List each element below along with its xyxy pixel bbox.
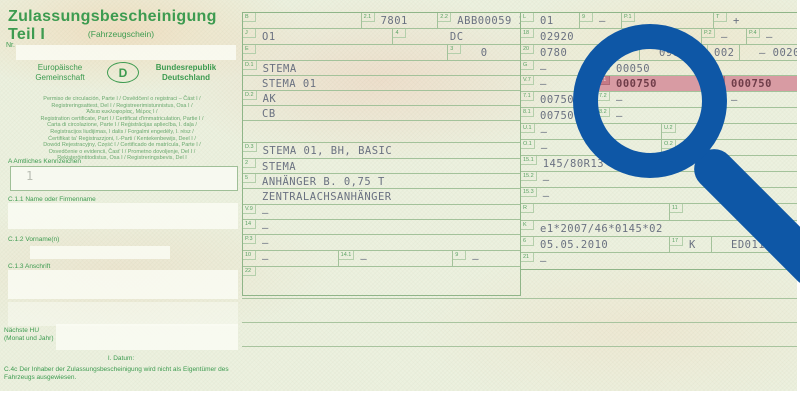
field-row: 14– xyxy=(243,220,520,235)
field-cell-P.2: P.2– xyxy=(701,29,746,44)
field-row: 2STEMA xyxy=(243,159,520,174)
field-value: – xyxy=(715,29,728,43)
c4c-text: Der Inhaber der Zulassungsbescheinigung … xyxy=(4,366,229,381)
field-value: 7801 xyxy=(375,13,408,27)
field-code: 15.2 xyxy=(521,172,537,181)
field-row: E30 xyxy=(243,45,520,61)
field-code: P.1 xyxy=(622,13,635,22)
field-cell-D.1: D.1STEMA xyxy=(243,61,520,75)
field-code: 14.1 xyxy=(339,251,355,260)
field-value: 02920 xyxy=(534,29,574,43)
field-code: 15.1 xyxy=(521,156,537,165)
field-value: – xyxy=(354,251,367,265)
field-code: 17 xyxy=(670,237,683,246)
field-code: E xyxy=(243,45,256,54)
next-hu-label: Nächste HU xyxy=(4,327,39,334)
c12-label: C.1.2 Vorname(n) xyxy=(8,236,59,243)
field-code xyxy=(243,106,256,115)
field-cell-J: JO1 xyxy=(243,29,392,44)
field-row: D.2AK xyxy=(243,91,520,106)
ml-line: Registracijos liudijimas, I dalis / Forg… xyxy=(4,129,240,136)
field-cell-22: 22 xyxy=(243,267,520,295)
field-code: T xyxy=(714,13,727,22)
field-code: K xyxy=(521,221,534,230)
field-code: 6 xyxy=(521,237,534,246)
field-row: P.3– xyxy=(243,235,520,251)
field-row: B2.178012.2ABB00059 2 xyxy=(243,13,520,29)
field-code: 7.1 xyxy=(521,92,534,101)
field-row: STEMA 01 xyxy=(243,76,520,91)
ml-line: Dowód Rejestracyjny, Część I / Certifica… xyxy=(4,142,240,149)
field-cell-B: B xyxy=(243,13,361,28)
nr-blank-field xyxy=(16,45,236,60)
ml-line: Άδεια κυκλοφορίας, Μέρος I / xyxy=(4,109,240,116)
field-value: 0 xyxy=(448,45,520,59)
field-value: – xyxy=(256,205,269,219)
field-value: O1 xyxy=(256,29,276,43)
field-code xyxy=(243,121,256,130)
eu-community-label: Europäische Gemeinschaft xyxy=(21,63,99,82)
field-row: 5ANHÄNGER B. 0,75 T xyxy=(243,174,520,189)
field-code: 8.1 xyxy=(521,108,534,117)
c11-label: C.1.1 Name oder Firmenname xyxy=(8,196,96,203)
field-value: 000750 xyxy=(725,76,772,90)
c13-blank-field-2 xyxy=(8,302,238,326)
field-cell-D.2: D.2AK xyxy=(243,91,520,105)
magnifier-ring-icon xyxy=(573,24,727,178)
c13-blank-field-1 xyxy=(8,270,238,299)
field-code: 2.1 xyxy=(362,13,375,22)
field-code: U.1 xyxy=(521,124,535,133)
ml-line: Carta di circolazione, Parte I / Reģistr… xyxy=(4,122,240,129)
license-plate-field xyxy=(10,166,238,191)
field-cell-P.4: P.4– xyxy=(746,29,797,44)
field-value: ANHÄNGER B. 0,75 T xyxy=(256,174,385,188)
field-cell-blank: – 00202 xyxy=(739,45,797,60)
plate-field-label: A Amtliches Kennzeichen xyxy=(8,158,81,165)
field-cell-14: 14– xyxy=(243,220,520,234)
field-row: 10–14.1–9– xyxy=(243,251,520,267)
field-value: – xyxy=(535,140,548,154)
field-value: e1*2007/46*0145*02 xyxy=(534,221,663,235)
field-cell-9: 9– xyxy=(452,251,520,266)
field-code: V.7 xyxy=(521,76,534,85)
field-cell-2: 2STEMA xyxy=(243,159,520,173)
field-code: B xyxy=(243,13,256,22)
field-cell-4: 4DC xyxy=(392,29,520,44)
c11-blank-field xyxy=(8,203,238,229)
field-cell-17: 17K xyxy=(669,237,711,252)
form-rule-line xyxy=(242,298,797,299)
field-row: V.9– xyxy=(243,205,520,220)
field-code: 15.3 xyxy=(521,188,537,197)
field-code: 5 xyxy=(243,174,256,183)
field-cell-D.3: D.3STEMA 01, BH, BASIC xyxy=(243,143,520,158)
screenshot-canvas: Zulassungsbescheinigung Teil I (Fahrzeug… xyxy=(0,0,800,402)
field-code: 20 xyxy=(521,45,534,54)
field-value: – xyxy=(256,220,269,234)
field-code: J xyxy=(243,29,256,38)
field-code xyxy=(243,189,256,198)
field-value: – xyxy=(534,61,547,75)
field-cell-blank: STEMA 01 xyxy=(243,76,520,90)
field-value: STEMA xyxy=(256,159,296,173)
field-value: – xyxy=(537,188,550,202)
field-value xyxy=(635,13,641,15)
field-cell-9: 9– xyxy=(579,13,621,28)
vehicle-data-grid-middle: B2.178012.2ABB00059 2JO14DCE30D.1STEMAST… xyxy=(242,12,521,296)
field-value: 00750 xyxy=(534,108,574,122)
field-value: – xyxy=(534,76,547,90)
field-value: – xyxy=(534,253,547,267)
field-cell-2.2: 2.2ABB00059 2 xyxy=(437,13,520,28)
field-value: 05.05.2010 xyxy=(534,237,608,251)
field-cell-21: 21– xyxy=(521,253,797,269)
field-value: DC xyxy=(393,29,520,43)
field-value xyxy=(683,204,689,206)
field-code: 11 xyxy=(670,204,683,213)
field-cell-R: R xyxy=(521,204,669,220)
field-code: D.2 xyxy=(243,91,257,100)
c12-blank-field xyxy=(30,246,170,259)
field-code: 10 xyxy=(243,251,256,260)
field-code xyxy=(740,45,753,54)
field-row xyxy=(243,121,520,143)
field-cell-V.9: V.9– xyxy=(243,205,520,219)
field-value: 0780 xyxy=(534,45,567,59)
field-cell-P.3: P.3– xyxy=(243,235,520,250)
field-code: L xyxy=(521,13,534,22)
field-row: D.3STEMA 01, BH, BASIC xyxy=(243,143,520,159)
field-cell-E: E xyxy=(243,45,447,60)
field-cell-blank: ZENTRALACHSANHÄNGER xyxy=(243,189,520,204)
field-value: – xyxy=(256,251,269,265)
nr-label: Nr. xyxy=(6,42,15,49)
field-value: 01 xyxy=(534,13,554,27)
field-cell-blank xyxy=(243,121,520,142)
field-code: 21 xyxy=(521,253,534,262)
field-row: D.1STEMA xyxy=(243,61,520,76)
field-cell-T: T+ xyxy=(713,13,797,28)
field-code: G xyxy=(521,61,534,70)
field-code: 2 xyxy=(243,159,256,168)
field-code: V.9 xyxy=(243,205,256,214)
field-cell-5: 5ANHÄNGER B. 0,75 T xyxy=(243,174,520,188)
field-code: 9 xyxy=(580,13,593,22)
field-cell-blank: CB xyxy=(243,106,520,120)
ml-line: Permiso de circulación, Parte I / Osvědč… xyxy=(4,96,240,103)
field-value xyxy=(256,45,262,47)
plate-field-mark: 1 xyxy=(26,169,33,183)
ml-line: Osvedčenie o evidencii, Časť I / Prometn… xyxy=(4,149,240,156)
field-row: 21– xyxy=(521,253,797,269)
field-value: ABB00059 2 xyxy=(451,13,520,27)
next-hu-sublabel: (Monat und Jahr) xyxy=(4,335,54,342)
eu-emblem-row: Europäische Gemeinschaft D Bundesrepubli… xyxy=(8,62,238,83)
field-code: 9 xyxy=(453,251,466,260)
ml-line: Ċertifikat ta' Reġistrazzjoni, I.-Parti … xyxy=(4,136,240,143)
field-cell-6: 605.05.2010 xyxy=(521,237,669,252)
field-row: CB xyxy=(243,106,520,121)
field-value: + xyxy=(727,13,740,27)
country-oval-d: D xyxy=(107,62,139,83)
field-code xyxy=(712,237,725,246)
field-cell-3: 30 xyxy=(447,45,520,60)
field-value: ZENTRALACHSANHÄNGER xyxy=(256,189,392,203)
field-cell-14.1: 14.1– xyxy=(338,251,453,266)
field-value: 00750 xyxy=(534,92,574,106)
field-value xyxy=(534,204,540,206)
field-value: – xyxy=(760,29,773,43)
field-value: CB xyxy=(256,106,276,120)
field-value: – xyxy=(256,235,269,249)
field-value: – xyxy=(535,124,548,138)
next-hu-field xyxy=(56,324,238,350)
c4c-note: C.4cDer Inhaber der Zulassungsbescheinig… xyxy=(4,366,238,381)
field-code: 2.2 xyxy=(438,13,451,22)
field-code xyxy=(243,76,256,85)
field-cell-2.1: 2.17801 xyxy=(361,13,438,28)
c4c-code: C.4c xyxy=(4,366,17,373)
field-code: 18 xyxy=(521,29,534,38)
field-row: ZENTRALACHSANHÄNGER xyxy=(243,189,520,205)
field-code: 14 xyxy=(243,220,256,229)
field-value: – 00202 xyxy=(753,45,797,59)
field-value xyxy=(256,13,262,15)
field-code: P.3 xyxy=(243,235,256,244)
c13-label: C.1.3 Anschrift xyxy=(8,263,50,270)
field-code: R xyxy=(521,204,534,213)
document-left-column: Zulassungsbescheinigung Teil I (Fahrzeug… xyxy=(0,0,242,391)
datum-label: I. Datum: xyxy=(0,355,242,362)
field-value xyxy=(256,121,262,123)
country-name-label: Bundesrepublik Deutschland xyxy=(147,63,225,82)
field-code: D.1 xyxy=(243,61,257,70)
field-value: STEMA 01, BH, BASIC xyxy=(257,143,393,157)
field-value xyxy=(256,267,262,269)
document-subtitle: (Fahrzeugschein) xyxy=(0,29,242,39)
field-value: STEMA xyxy=(257,61,297,75)
form-rule-line xyxy=(242,322,797,323)
field-code: O.1 xyxy=(521,140,535,149)
form-rule-line xyxy=(242,346,797,347)
field-row: 22 xyxy=(243,267,520,295)
field-row: JO14DC xyxy=(243,29,520,45)
field-cell-10: 10– xyxy=(243,251,338,266)
field-value: – xyxy=(593,13,606,27)
field-code: D.3 xyxy=(243,143,257,152)
field-code: P.2 xyxy=(702,29,715,38)
field-code: P.4 xyxy=(747,29,760,38)
field-value: – xyxy=(466,251,479,265)
field-value: K xyxy=(683,237,696,251)
field-code: 22 xyxy=(243,267,256,276)
field-value: AK xyxy=(257,91,277,105)
field-cell-L: L01 xyxy=(521,13,579,28)
multilingual-text-block: Permiso de circulación, Parte I / Osvědč… xyxy=(4,96,240,162)
field-value: – xyxy=(537,172,550,186)
field-value: STEMA 01 xyxy=(256,76,317,90)
